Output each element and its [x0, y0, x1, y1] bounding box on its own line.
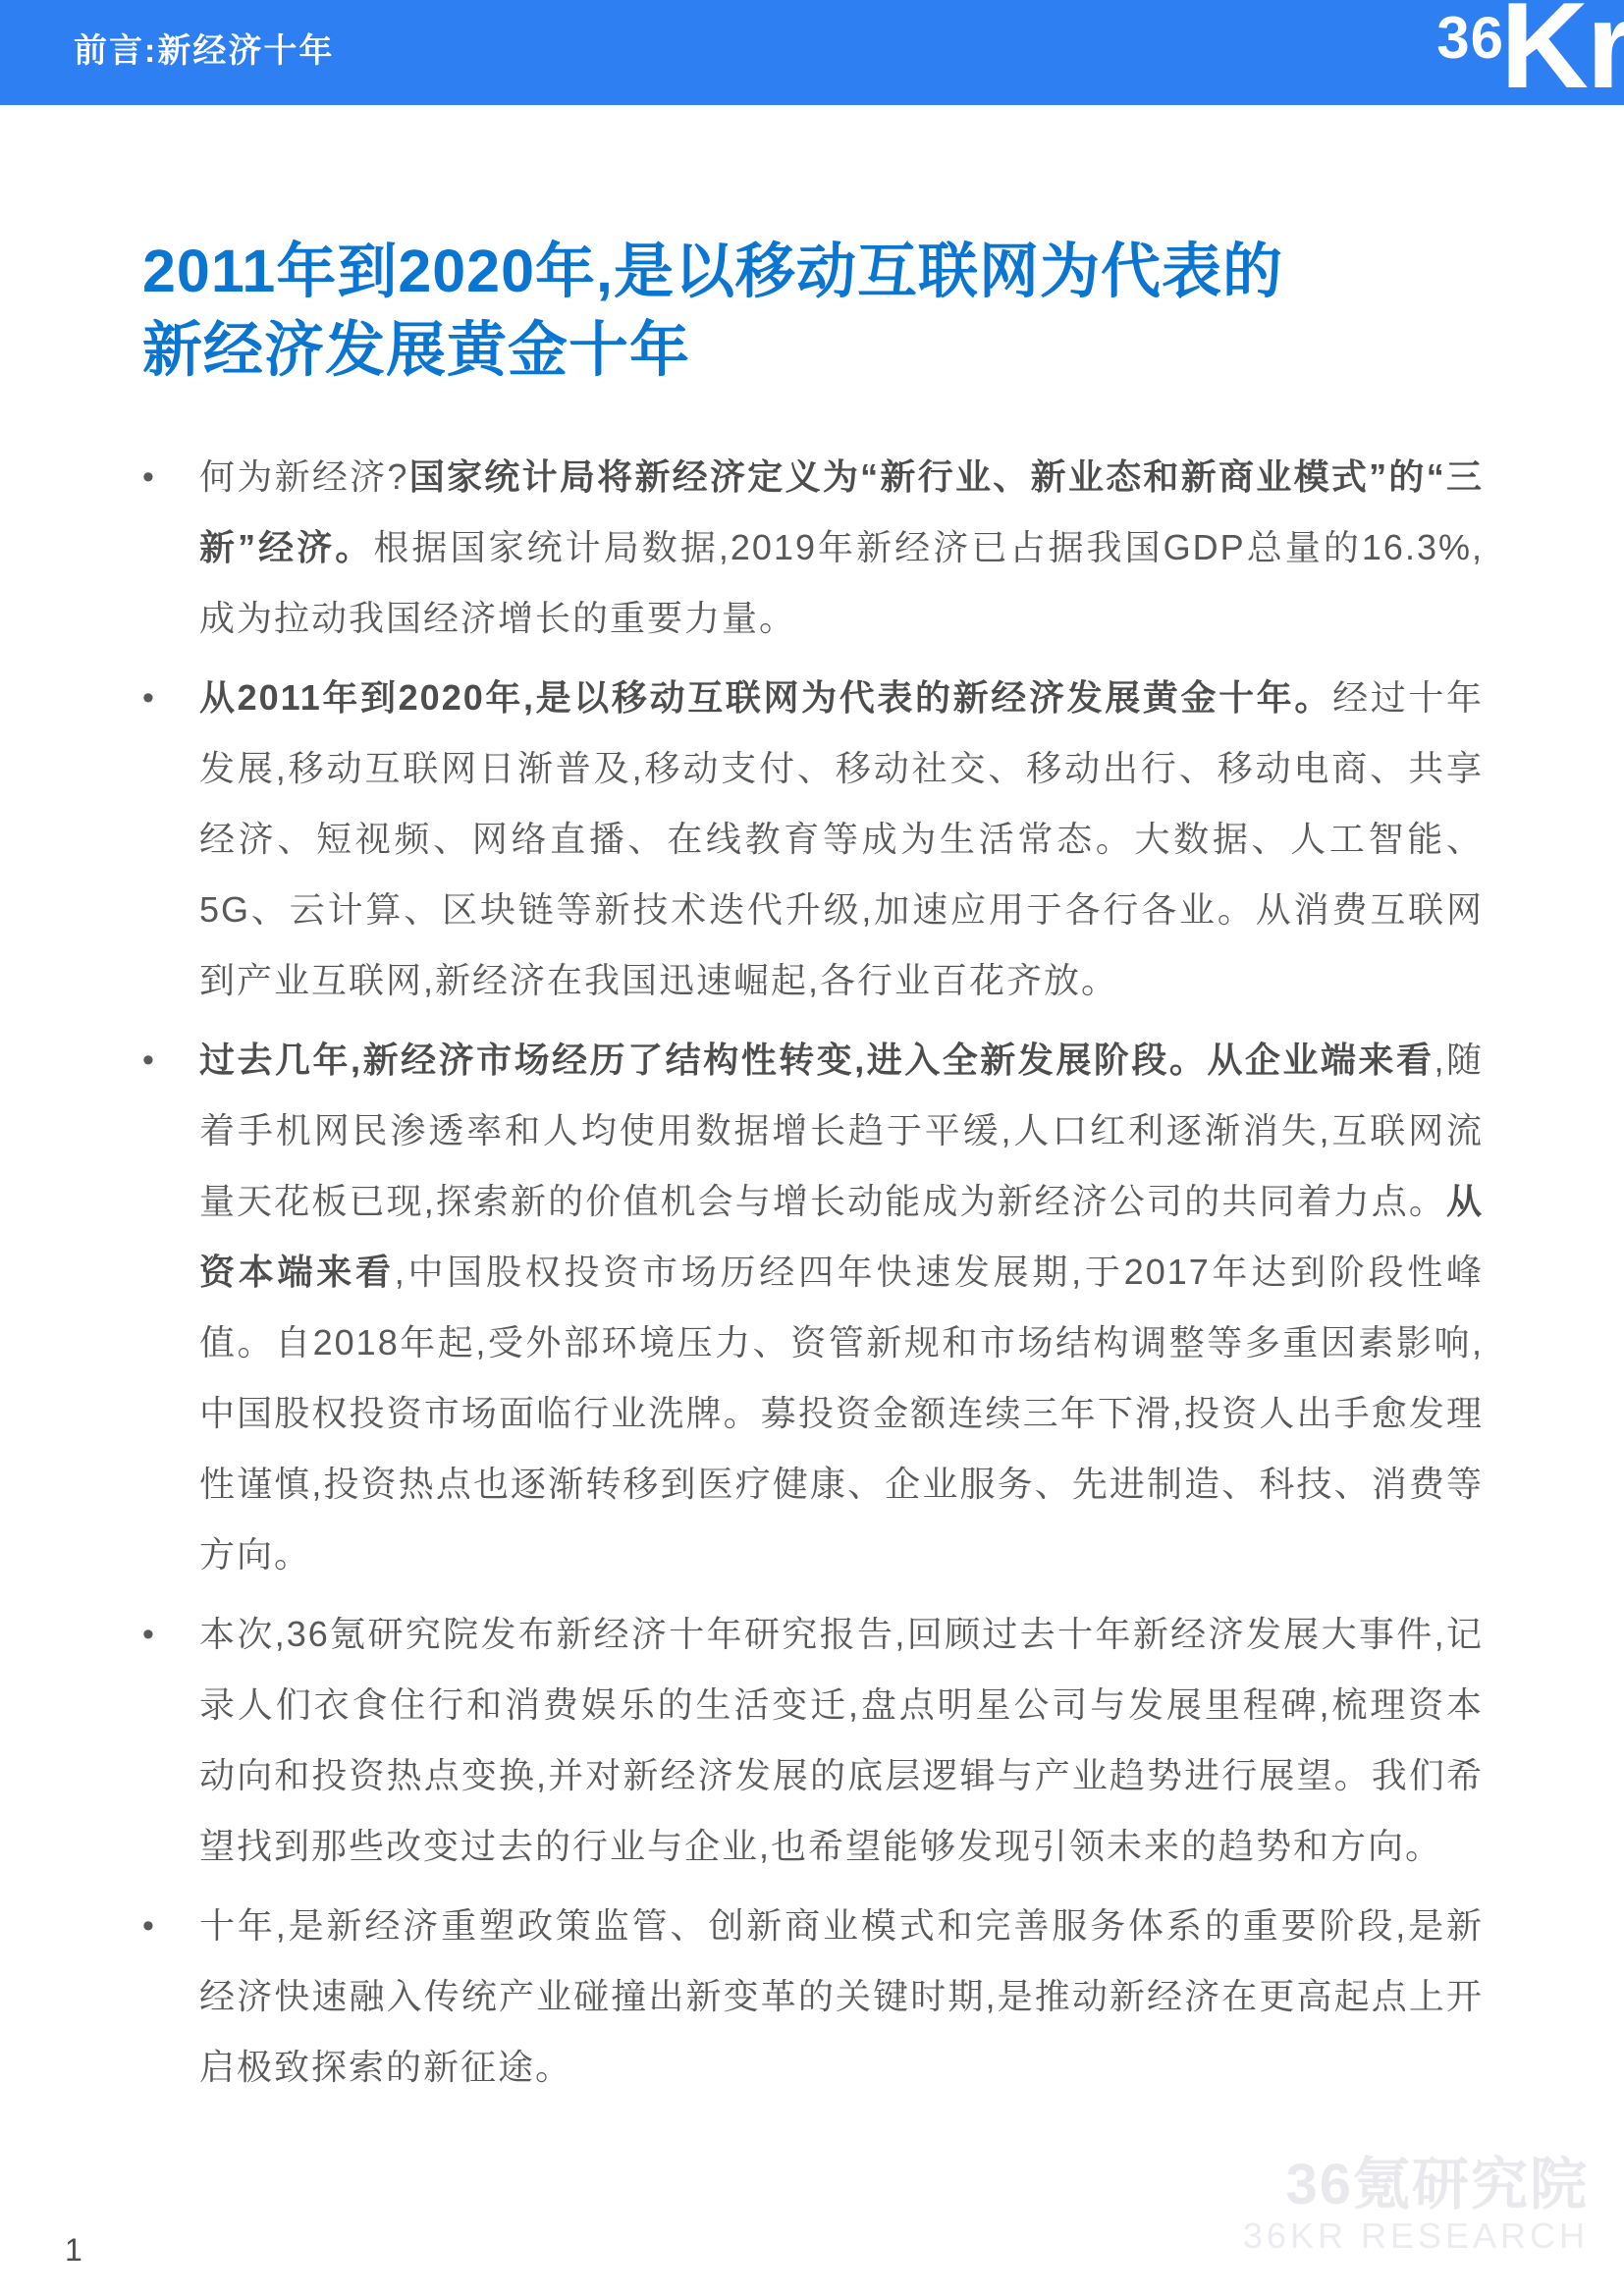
header-breadcrumb: 前言:新经济十年	[74, 24, 334, 72]
list-item: •从2011年到2020年,是以移动互联网为代表的新经济发展黄金十年。经过十年发…	[142, 663, 1484, 1016]
list-item: •本次,36氪研究院发布新经济十年研究报告,回顾过去十年新经济发展大事件,记录人…	[142, 1599, 1484, 1882]
bullet-text: 何为新经济?国家统计局将新经济定义为“新行业、新业态和新商业模式”的“三新”经济…	[199, 442, 1484, 654]
bullet-dot-icon: •	[142, 442, 199, 654]
bullet-list: •何为新经济?国家统计局将新经济定义为“新行业、新业态和新商业模式”的“三新”经…	[142, 442, 1484, 2111]
watermark: 36氪研究院 36KR RESEARCH	[1243, 2155, 1589, 2257]
bullet-text: 从2011年到2020年,是以移动互联网为代表的新经济发展黄金十年。经过十年发展…	[199, 663, 1484, 1016]
bullet-dot-icon: •	[142, 1599, 199, 1882]
page-title: 2011年到2020年,是以移动互联网为代表的 新经济发展黄金十年	[142, 232, 1545, 389]
bullet-dot-icon: •	[142, 1891, 199, 2103]
page-number: 1	[65, 2232, 82, 2269]
page-title-line-2: 新经济发展黄金十年	[142, 310, 1545, 389]
page-title-line-1: 2011年到2020年,是以移动互联网为代表的	[142, 232, 1545, 310]
logo-36-text: 36	[1436, 4, 1504, 72]
bullet-dot-icon: •	[142, 663, 199, 1016]
bullet-text: 十年,是新经济重塑政策监管、创新商业模式和完善服务体系的重要阶段,是新经济快速融…	[199, 1891, 1484, 2103]
list-item: •何为新经济?国家统计局将新经济定义为“新行业、新业态和新商业模式”的“三新”经…	[142, 442, 1484, 654]
list-item: •十年,是新经济重塑政策监管、创新商业模式和完善服务体系的重要阶段,是新经济快速…	[142, 1891, 1484, 2103]
logo-kr-text: Kr	[1500, 0, 1624, 116]
36kr-logo: 36 Kr	[1388, 0, 1624, 137]
bullet-dot-icon: •	[142, 1025, 199, 1590]
watermark-cn-text: 36氪研究院	[1243, 2155, 1589, 2216]
report-page: 前言:新经济十年 36 Kr 2011年到2020年,是以移动互联网为代表的 新…	[0, 0, 1624, 2296]
bullet-text: 本次,36氪研究院发布新经济十年研究报告,回顾过去十年新经济发展大事件,记录人们…	[199, 1599, 1484, 1882]
list-item: •过去几年,新经济市场经历了结构性转变,进入全新发展阶段。从企业端来看,随着手机…	[142, 1025, 1484, 1590]
bullet-text: 过去几年,新经济市场经历了结构性转变,进入全新发展阶段。从企业端来看,随着手机网…	[199, 1025, 1484, 1590]
watermark-en-text: 36KR RESEARCH	[1243, 2216, 1589, 2257]
header-bar: 前言:新经济十年 36 Kr	[0, 0, 1624, 105]
